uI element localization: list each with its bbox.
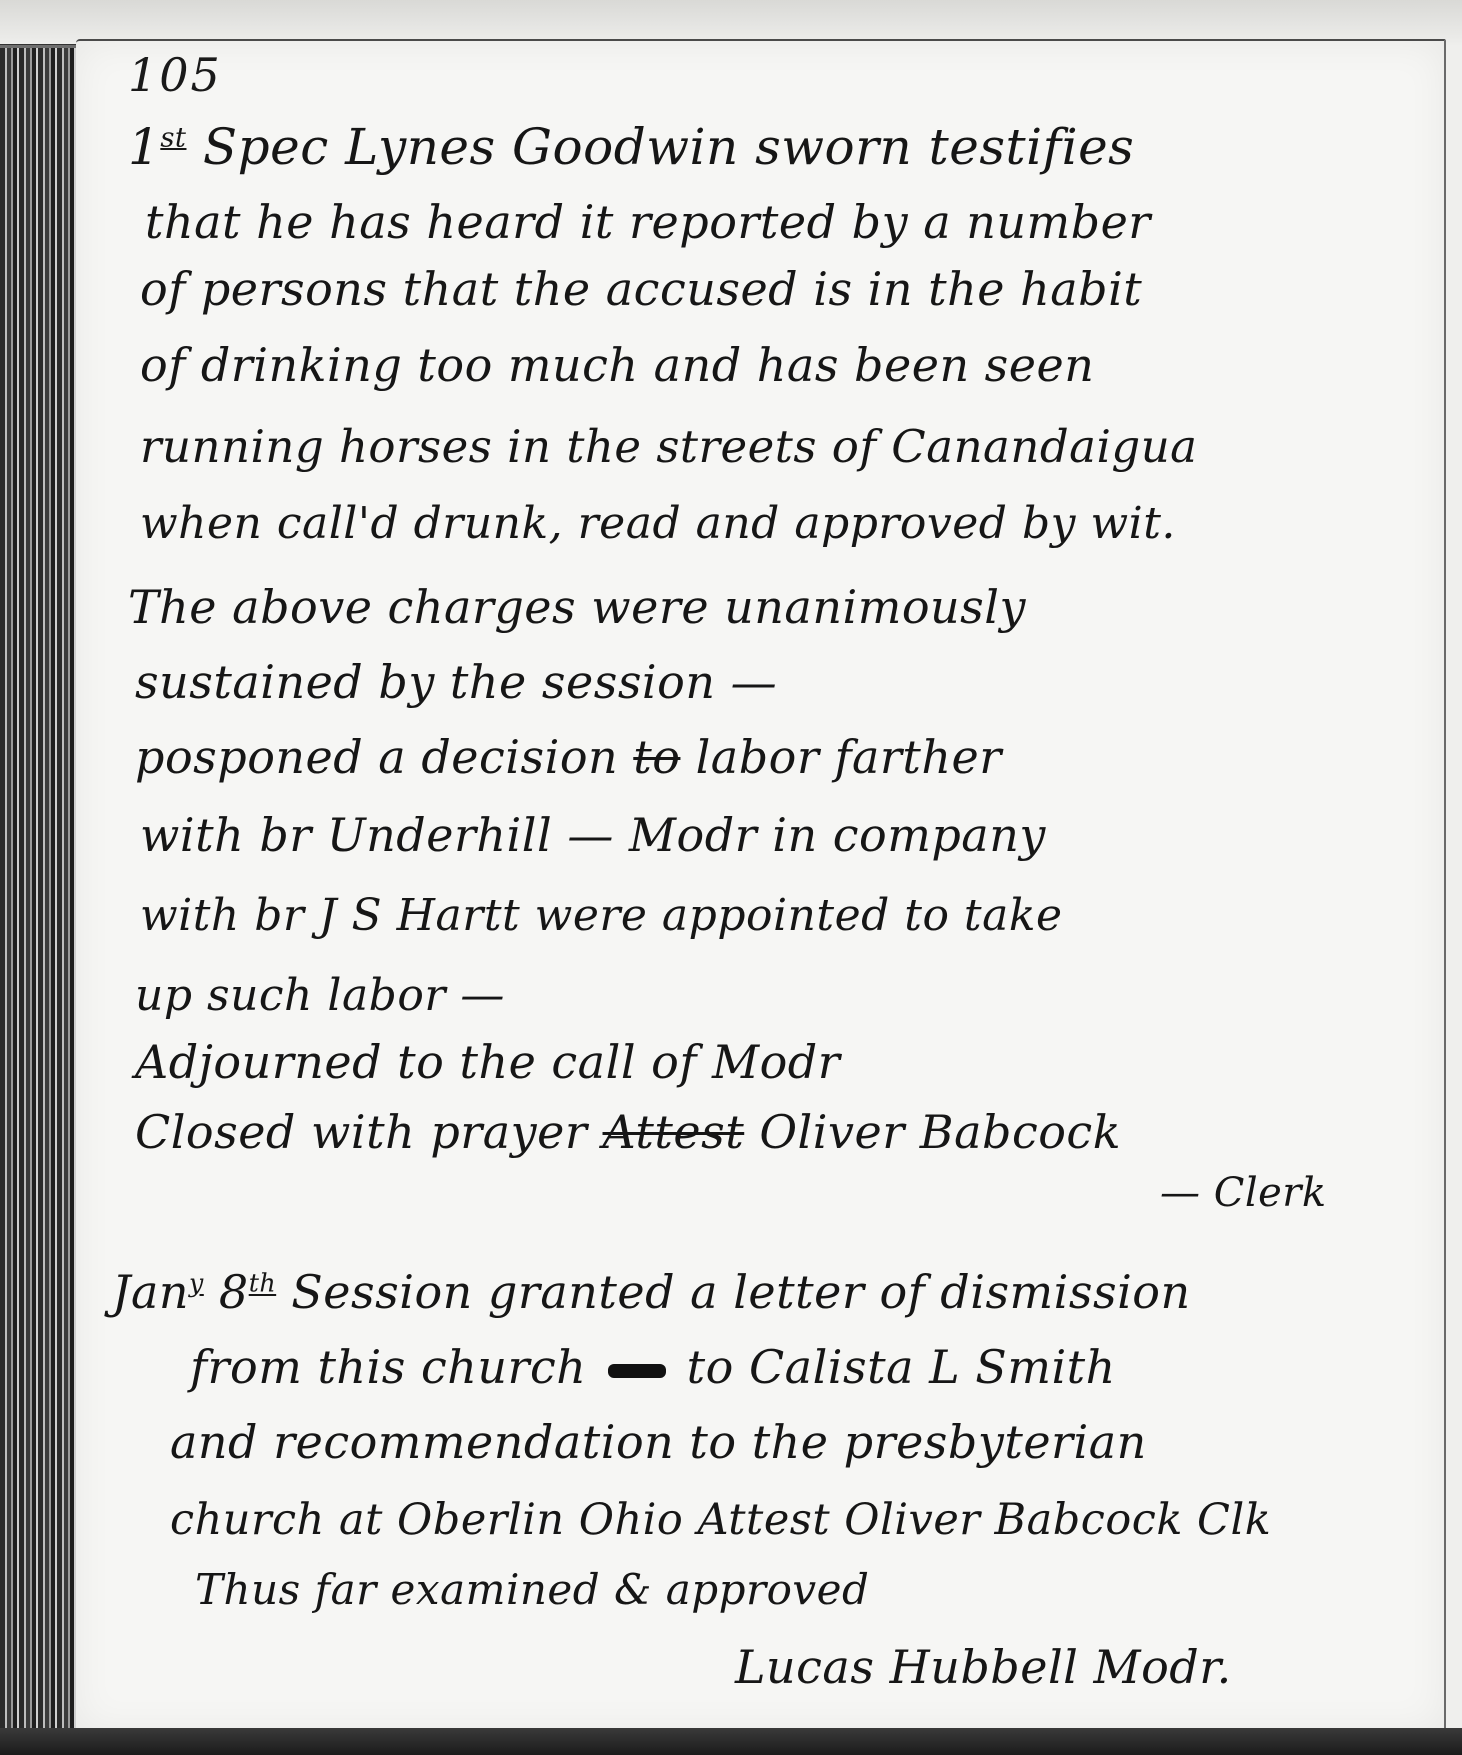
clerk-title: — Clerk [1160, 1170, 1327, 1216]
line-text: Thus far examined & approved [195, 1565, 869, 1614]
entry-line: Jany 8th Session granted a letter of dis… [112, 1265, 1191, 1319]
line-text: Lucas Hubbell Modr. [735, 1640, 1232, 1694]
line-text: Closed with prayer [135, 1105, 587, 1159]
struck-text: to [633, 730, 680, 784]
entry-line: Adjourned to the call of Modr [135, 1035, 840, 1089]
entry-line: when call'd drunk, read and approved by … [140, 498, 1176, 549]
line-text: up such labor — [135, 970, 505, 1021]
entry-line: of persons that the accused is in the ha… [140, 262, 1142, 316]
entry-line: sustained by the session — [135, 655, 777, 709]
book-page-edges [0, 48, 78, 1755]
line-text: with br J S Hartt were appointed to take [140, 890, 1063, 941]
ordinal: 1 [128, 118, 160, 176]
line-text: church at Oberlin Ohio Attest Oliver Bab… [170, 1495, 1271, 1545]
entry-line: with br J S Hartt were appointed to take [140, 890, 1063, 941]
entry-line: with br Underhill — Modr in company [140, 808, 1046, 862]
ordinal-suffix: st [160, 121, 186, 153]
line-text: Adjourned to the call of Modr [135, 1035, 840, 1089]
entry-line: running horses in the streets of Cananda… [140, 420, 1198, 473]
line-text: that he has heard it reported by a numbe… [145, 195, 1151, 249]
entry-line: 1st Spec Lynes Goodwin sworn testifies [128, 118, 1134, 176]
entry-line: Closed with prayer Attest Oliver Babcock [135, 1105, 1121, 1159]
line-text: sustained by the session — [135, 655, 777, 709]
line-text: and recommendation to the presbyterian [170, 1415, 1147, 1469]
entry-line: that he has heard it reported by a numbe… [145, 195, 1151, 249]
line-text: Spec Lynes Goodwin sworn testifies [203, 118, 1134, 176]
page-number: 105 [128, 48, 222, 102]
moderator-signature: Lucas Hubbell Modr. [735, 1640, 1232, 1694]
line-text-after: to Calista L Smith [687, 1340, 1116, 1394]
line-text: of drinking too much and has been seen [140, 338, 1094, 392]
entry-line: The above charges were unanimously [128, 580, 1026, 634]
clerk-signature: Oliver Babcock [759, 1105, 1121, 1159]
entry-line: up such labor — [135, 970, 505, 1021]
entry-line: and recommendation to the presbyterian [170, 1415, 1147, 1469]
struck-text: Attest [603, 1105, 745, 1159]
ink-blot [608, 1364, 666, 1378]
line-text: when call'd drunk, read and approved by … [140, 498, 1176, 549]
line-text: with br Underhill — Modr in company [140, 808, 1046, 862]
line-text: Session granted a letter of dismission [291, 1265, 1190, 1319]
line-text: running horses in the streets of Cananda… [140, 420, 1198, 473]
approval-line: Thus far examined & approved [195, 1565, 869, 1614]
entry-line: posponed a decision to labor farther [135, 730, 1002, 784]
day-suffix: th [249, 1269, 276, 1298]
entry-line: of drinking too much and has been seen [140, 338, 1094, 392]
scanned-ledger-scene: 105 1st Spec Lynes Goodwin sworn testifi… [0, 0, 1462, 1755]
scan-bottom-shadow [0, 1728, 1462, 1755]
line-text: of persons that the accused is in the ha… [140, 262, 1142, 316]
entry-line: church at Oberlin Ohio Attest Oliver Bab… [170, 1495, 1271, 1545]
month: Jan [112, 1265, 189, 1319]
line-text: from this church [190, 1340, 586, 1394]
line-text: — Clerk [1160, 1170, 1327, 1216]
month-suffix: y [189, 1269, 204, 1298]
day: 8 [219, 1265, 249, 1319]
line-text: The above charges were unanimously [128, 580, 1026, 634]
line-text-after: labor farther [696, 730, 1002, 784]
entry-line: from this church to Calista L Smith [190, 1340, 1116, 1394]
line-text: posponed a decision [135, 730, 618, 784]
